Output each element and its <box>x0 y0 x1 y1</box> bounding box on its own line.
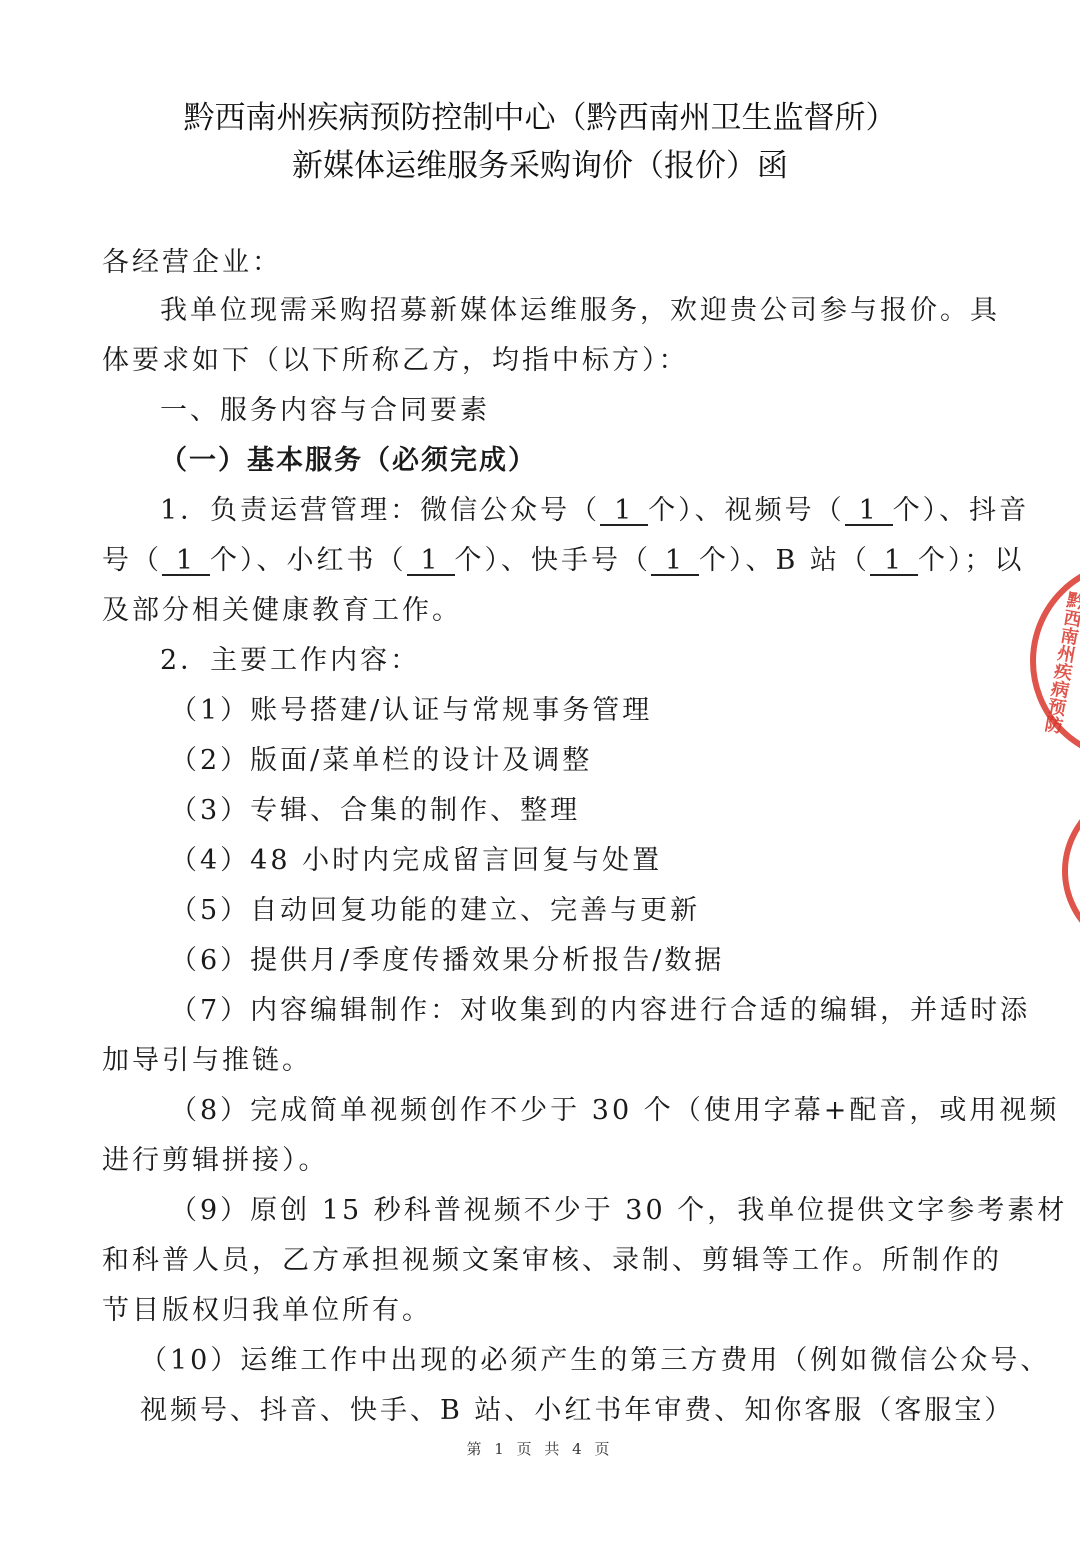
work-item-10-line1: （10）运维工作中出现的必须产生的第三方费用（例如微信公众号、 <box>140 1338 1050 1377</box>
item1-text: 个）；以 <box>918 545 1025 576</box>
work-item-6: （6）提供月/季度传播效果分析报告/数据 <box>170 938 724 977</box>
item1-line3: 及部分相关健康教育工作。 <box>102 588 462 627</box>
subsection-heading: （一）基本服务（必须完成） <box>160 438 537 477</box>
document-title-line2: 新媒体运维服务采购询价（报价）函 <box>0 140 1080 185</box>
item1-text: 号（ <box>102 545 162 576</box>
intro-line-2: 体要求如下（以下所称乙方，均指中标方）： <box>102 338 689 377</box>
salutation: 各经营企业： <box>102 240 282 279</box>
item1-text: 个）、视频号（ <box>648 495 845 526</box>
douyin-count: 1 <box>162 548 210 576</box>
document-title-line1: 黔西南州疾病预防控制中心（黔西南州卫生监督所） <box>0 92 1080 137</box>
item1-text: 个）、抖音 <box>893 495 1030 526</box>
intro-line-1: 我单位现需采购招募新媒体运维服务，欢迎贵公司参与报价。具 <box>160 288 1000 327</box>
wechat-count: 1 <box>600 498 648 526</box>
item1-text: 个）、小红书（ <box>210 545 407 576</box>
work-item-8-line1: （8）完成简单视频创作不少于 30 个（使用字幕+配音，或用视频 <box>170 1088 1059 1127</box>
work-item-10-line2: 视频号、抖音、快手、B 站、小红书年审费、知你客服（客服宝） <box>140 1388 1014 1427</box>
xiaohongshu-count: 1 <box>407 548 455 576</box>
work-item-9-line2: 和科普人员，乙方承担视频文案审核、录制、剪辑等工作。所制作的 <box>102 1238 1002 1277</box>
work-item-2: （2）版面/菜单栏的设计及调整 <box>170 738 592 777</box>
channels-count: 1 <box>845 498 893 526</box>
item1-text: 1．负责运营管理：微信公众号（ <box>160 495 600 526</box>
work-item-1: （1）账号搭建/认证与常规事务管理 <box>170 688 652 727</box>
item1-line2: 号（1个）、小红书（1个）、快手号（1个）、B 站（1个）；以 <box>102 538 1024 577</box>
item1-line1: 1．负责运营管理：微信公众号（1个）、视频号（1个）、抖音 <box>160 488 1029 527</box>
work-item-4: （4）48 小时内完成留言回复与处置 <box>170 838 662 877</box>
work-item-7-line1: （7）内容编辑制作：对收集到的内容进行合适的编辑，并适时添 <box>170 988 1030 1027</box>
work-item-7-line2: 加导引与推链。 <box>102 1038 312 1077</box>
item2-heading: 2．主要工作内容： <box>160 638 420 677</box>
document-page: 黔西南州疾病预防控制中心（黔西南州卫生监督所） 新媒体运维服务采购询价（报价）函… <box>0 0 1080 1544</box>
work-item-9-line3: 节目版权归我单位所有。 <box>102 1288 432 1327</box>
work-item-8-line2: 进行剪辑拼接）。 <box>102 1138 329 1177</box>
bilibili-count: 1 <box>870 548 918 576</box>
work-item-5: （5）自动回复功能的建立、完善与更新 <box>170 888 700 927</box>
official-seal-icon <box>1062 780 1080 962</box>
kuaishou-count: 1 <box>651 548 699 576</box>
section-heading: 一、服务内容与合同要素 <box>160 388 490 427</box>
item1-text: 个）、B 站（ <box>699 545 870 576</box>
work-item-9-line1: （9）原创 15 秒科普视频不少于 30 个，我单位提供文字参考素材 <box>170 1188 1067 1227</box>
work-item-3: （3）专辑、合集的制作、整理 <box>170 788 580 827</box>
item1-text: 个）、快手号（ <box>455 545 652 576</box>
page-indicator: 第 1 页 共 4 页 <box>0 1438 1080 1459</box>
